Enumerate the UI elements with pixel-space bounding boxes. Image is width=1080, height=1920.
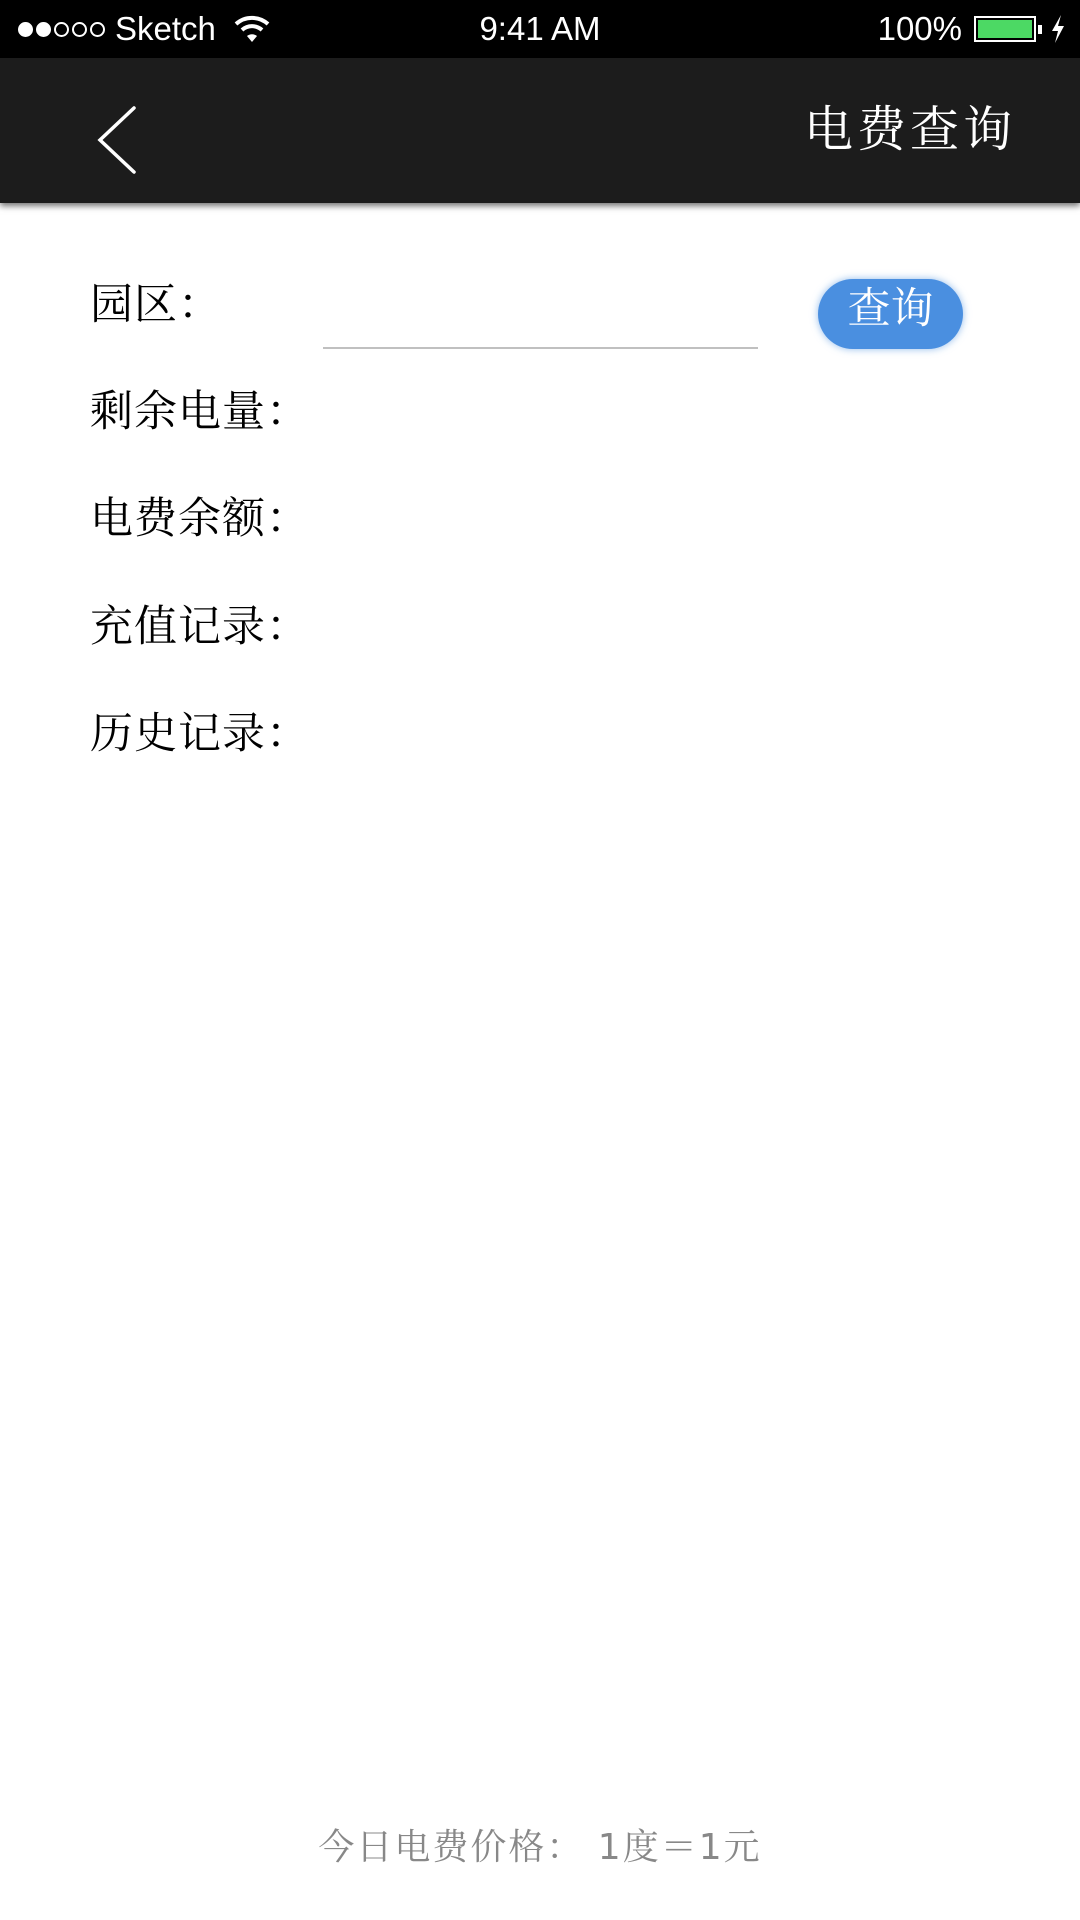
balance-label: 电费余额： — [90, 491, 310, 547]
remaining-power-label: 剩余电量： — [90, 384, 310, 440]
back-chevron-icon[interactable] — [90, 100, 146, 176]
navigation-bar: 电费查询 — [0, 58, 1080, 203]
query-button[interactable]: 查询 — [818, 279, 963, 349]
status-right: 100% — [878, 10, 1066, 48]
charging-bolt-icon — [1050, 14, 1066, 44]
recharge-records-label: 充值记录： — [90, 599, 310, 655]
park-label: 园区： — [90, 277, 222, 333]
battery-nub — [1038, 25, 1042, 34]
price-footer: 今日电费价格： 1度＝1元 — [0, 1820, 1080, 1876]
battery-percent: 100% — [878, 10, 962, 48]
battery-icon — [974, 16, 1036, 42]
battery-fill — [978, 20, 1032, 38]
history-records-label: 历史记录： — [90, 706, 310, 762]
page-title: 电费查询 — [804, 100, 1016, 160]
status-bar: Sketch 9:41 AM 100% — [0, 0, 1080, 58]
park-input[interactable] — [323, 303, 758, 349]
